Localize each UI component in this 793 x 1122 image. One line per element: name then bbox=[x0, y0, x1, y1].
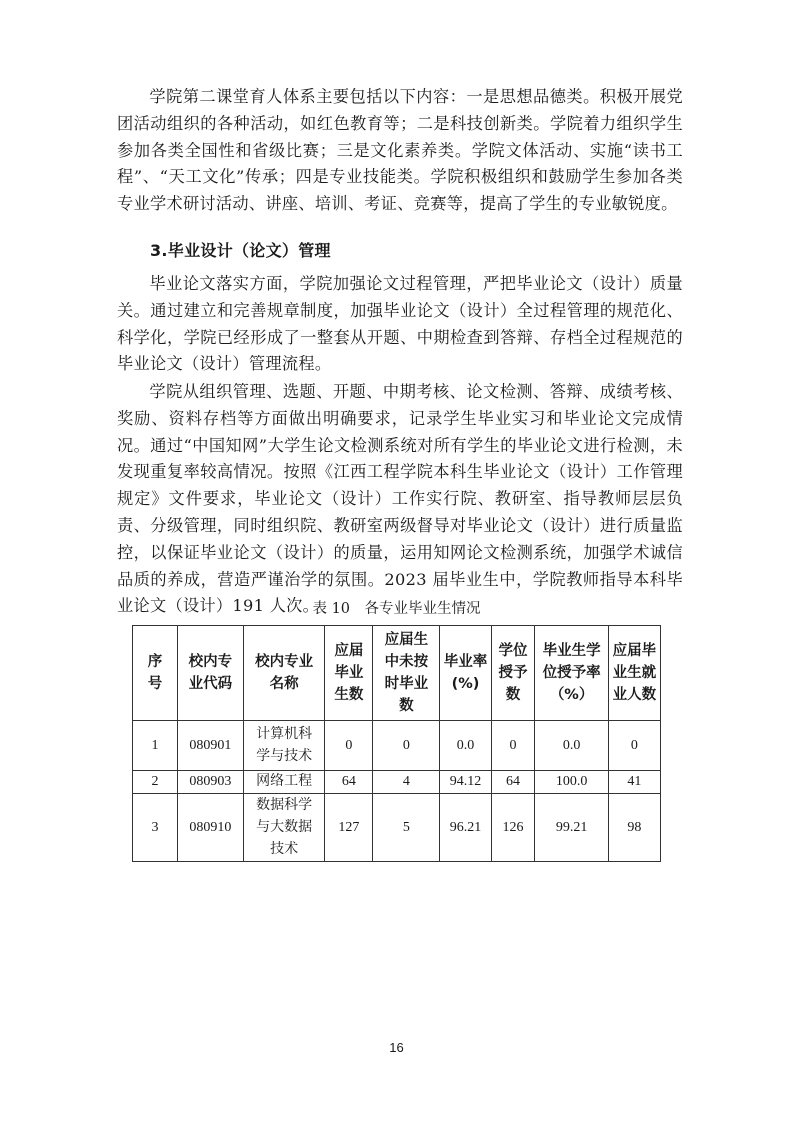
header-employed: 应届毕业生就业人数 bbox=[608, 626, 660, 721]
header-degree-rate: 毕业生学位授予率（%） bbox=[535, 626, 608, 721]
cell-major-name: 计算机科学与技术 bbox=[243, 721, 325, 771]
header-major-code: 校内专业代码 bbox=[177, 626, 243, 721]
cell-employed: 0 bbox=[608, 721, 660, 771]
cell-degrees: 64 bbox=[491, 771, 535, 794]
header-major-name: 校内专业名称 bbox=[243, 626, 325, 721]
graduates-table: 序号 校内专业代码 校内专业名称 应届毕业生数 应届生中未按时毕业数 毕业率(%… bbox=[132, 625, 661, 862]
table-caption: 表 10 各专业毕业生情况 bbox=[0, 597, 793, 618]
cell-degrees: 0 bbox=[491, 721, 535, 771]
cell-major-code: 080901 bbox=[177, 721, 243, 771]
cell-major-code: 080903 bbox=[177, 771, 243, 794]
table-row: 3 080910 数据科学与大数据技术 127 5 96.21 126 99.2… bbox=[133, 794, 661, 862]
cell-graduates: 64 bbox=[325, 771, 373, 794]
header-degrees: 学位授予数 bbox=[491, 626, 535, 721]
paragraph-thesis-management: 学院从组织管理、选题、开题、中期考核、论文检测、答辩、成绩考核、奖励、资料存档等… bbox=[117, 379, 683, 620]
table-row: 2 080903 网络工程 64 4 94.12 64 100.0 41 bbox=[133, 771, 661, 794]
section-heading: 3.毕业设计（论文）管理 bbox=[150, 238, 331, 261]
cell-graduation-rate: 94.12 bbox=[440, 771, 491, 794]
cell-major-name: 网络工程 bbox=[243, 771, 325, 794]
cell-major-code: 080910 bbox=[177, 794, 243, 862]
cell-not-on-time: 4 bbox=[373, 771, 440, 794]
cell-index: 1 bbox=[133, 721, 178, 771]
cell-major-name: 数据科学与大数据技术 bbox=[243, 794, 325, 862]
header-graduation-rate: 毕业率(%) bbox=[440, 626, 491, 721]
header-graduates: 应届毕业生数 bbox=[325, 626, 373, 721]
cell-degree-rate: 100.0 bbox=[535, 771, 608, 794]
paragraph-second-classroom: 学院第二课堂育人体系主要包括以下内容：一是思想品德类。积极开展党团活动组织的各种… bbox=[117, 84, 683, 218]
document-page: 学院第二课堂育人体系主要包括以下内容：一是思想品德类。积极开展党团活动组织的各种… bbox=[0, 0, 793, 1122]
cell-graduation-rate: 0.0 bbox=[440, 721, 491, 771]
cell-degree-rate: 0.0 bbox=[535, 721, 608, 771]
cell-graduation-rate: 96.21 bbox=[440, 794, 491, 862]
paragraph-thesis-process: 毕业论文落实方面，学院加强论文过程管理，严把毕业论文（设计）质量关。通过建立和完… bbox=[117, 271, 683, 378]
cell-index: 3 bbox=[133, 794, 178, 862]
header-index: 序号 bbox=[133, 626, 178, 721]
table-header-row: 序号 校内专业代码 校内专业名称 应届毕业生数 应届生中未按时毕业数 毕业率(%… bbox=[133, 626, 661, 721]
cell-employed: 41 bbox=[608, 771, 660, 794]
page-number: 16 bbox=[0, 1040, 793, 1055]
cell-graduates: 127 bbox=[325, 794, 373, 862]
cell-degree-rate: 99.21 bbox=[535, 794, 608, 862]
cell-index: 2 bbox=[133, 771, 178, 794]
cell-graduates: 0 bbox=[325, 721, 373, 771]
table-row: 1 080901 计算机科学与技术 0 0 0.0 0 0.0 0 bbox=[133, 721, 661, 771]
header-not-on-time: 应届生中未按时毕业数 bbox=[373, 626, 440, 721]
cell-employed: 98 bbox=[608, 794, 660, 862]
cell-not-on-time: 5 bbox=[373, 794, 440, 862]
cell-degrees: 126 bbox=[491, 794, 535, 862]
cell-not-on-time: 0 bbox=[373, 721, 440, 771]
